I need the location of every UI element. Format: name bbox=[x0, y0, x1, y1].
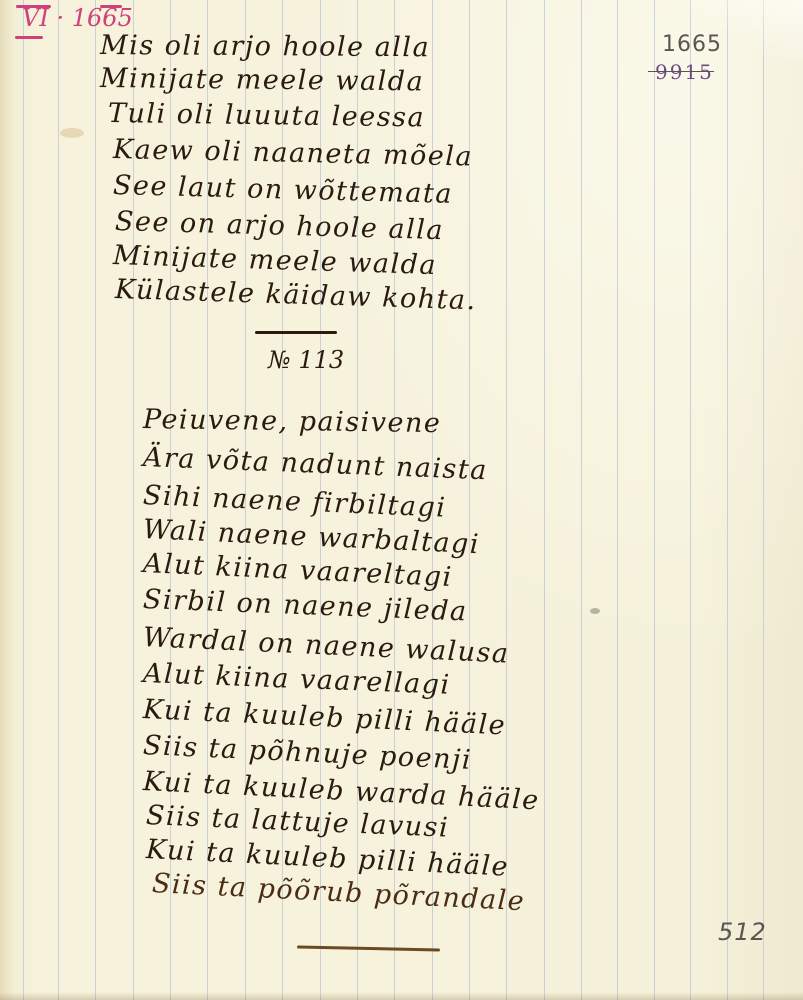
section-heading: № 113 bbox=[268, 346, 344, 374]
archive-reference: VI · 1665 bbox=[22, 4, 133, 32]
poem-2-line: Ära võta nadunt naista bbox=[142, 442, 488, 486]
closing-divider bbox=[297, 946, 440, 952]
rule-line bbox=[23, 0, 24, 1000]
rule-line bbox=[763, 0, 764, 1000]
poem-1-line: Minijate meele walda bbox=[100, 63, 424, 97]
rule-line bbox=[95, 0, 96, 1000]
rule-line bbox=[58, 0, 59, 1000]
rule-line bbox=[544, 0, 545, 1000]
poem-1-line: Tuli oli luuuta leessa bbox=[108, 98, 425, 133]
poem-2-line: Peiuvene, paisivene bbox=[143, 404, 442, 439]
rule-line bbox=[506, 0, 507, 1000]
poem-1-line: See laut on wõttemata bbox=[113, 170, 454, 210]
rule-line bbox=[617, 0, 618, 1000]
page-number: 512 bbox=[718, 918, 767, 946]
rule-line bbox=[581, 0, 582, 1000]
manuscript-page: VI · 1665 1665 9915 Mis oli arjo hoole a… bbox=[0, 0, 803, 1000]
paper-stain bbox=[590, 608, 600, 614]
poem-1-line: Kaew oli naaneta mõela bbox=[113, 134, 474, 173]
section-divider bbox=[255, 331, 337, 334]
archive-ref-underline bbox=[15, 36, 43, 39]
poem-1-line: Mis oli arjo hoole alla bbox=[100, 30, 430, 63]
pencil-number: 1665 bbox=[662, 32, 722, 57]
rule-line bbox=[727, 0, 728, 1000]
paper-stain bbox=[60, 128, 84, 138]
rule-line bbox=[654, 0, 655, 1000]
strike-through bbox=[648, 71, 714, 72]
rule-line bbox=[690, 0, 691, 1000]
stamped-number: 9915 bbox=[655, 60, 714, 84]
